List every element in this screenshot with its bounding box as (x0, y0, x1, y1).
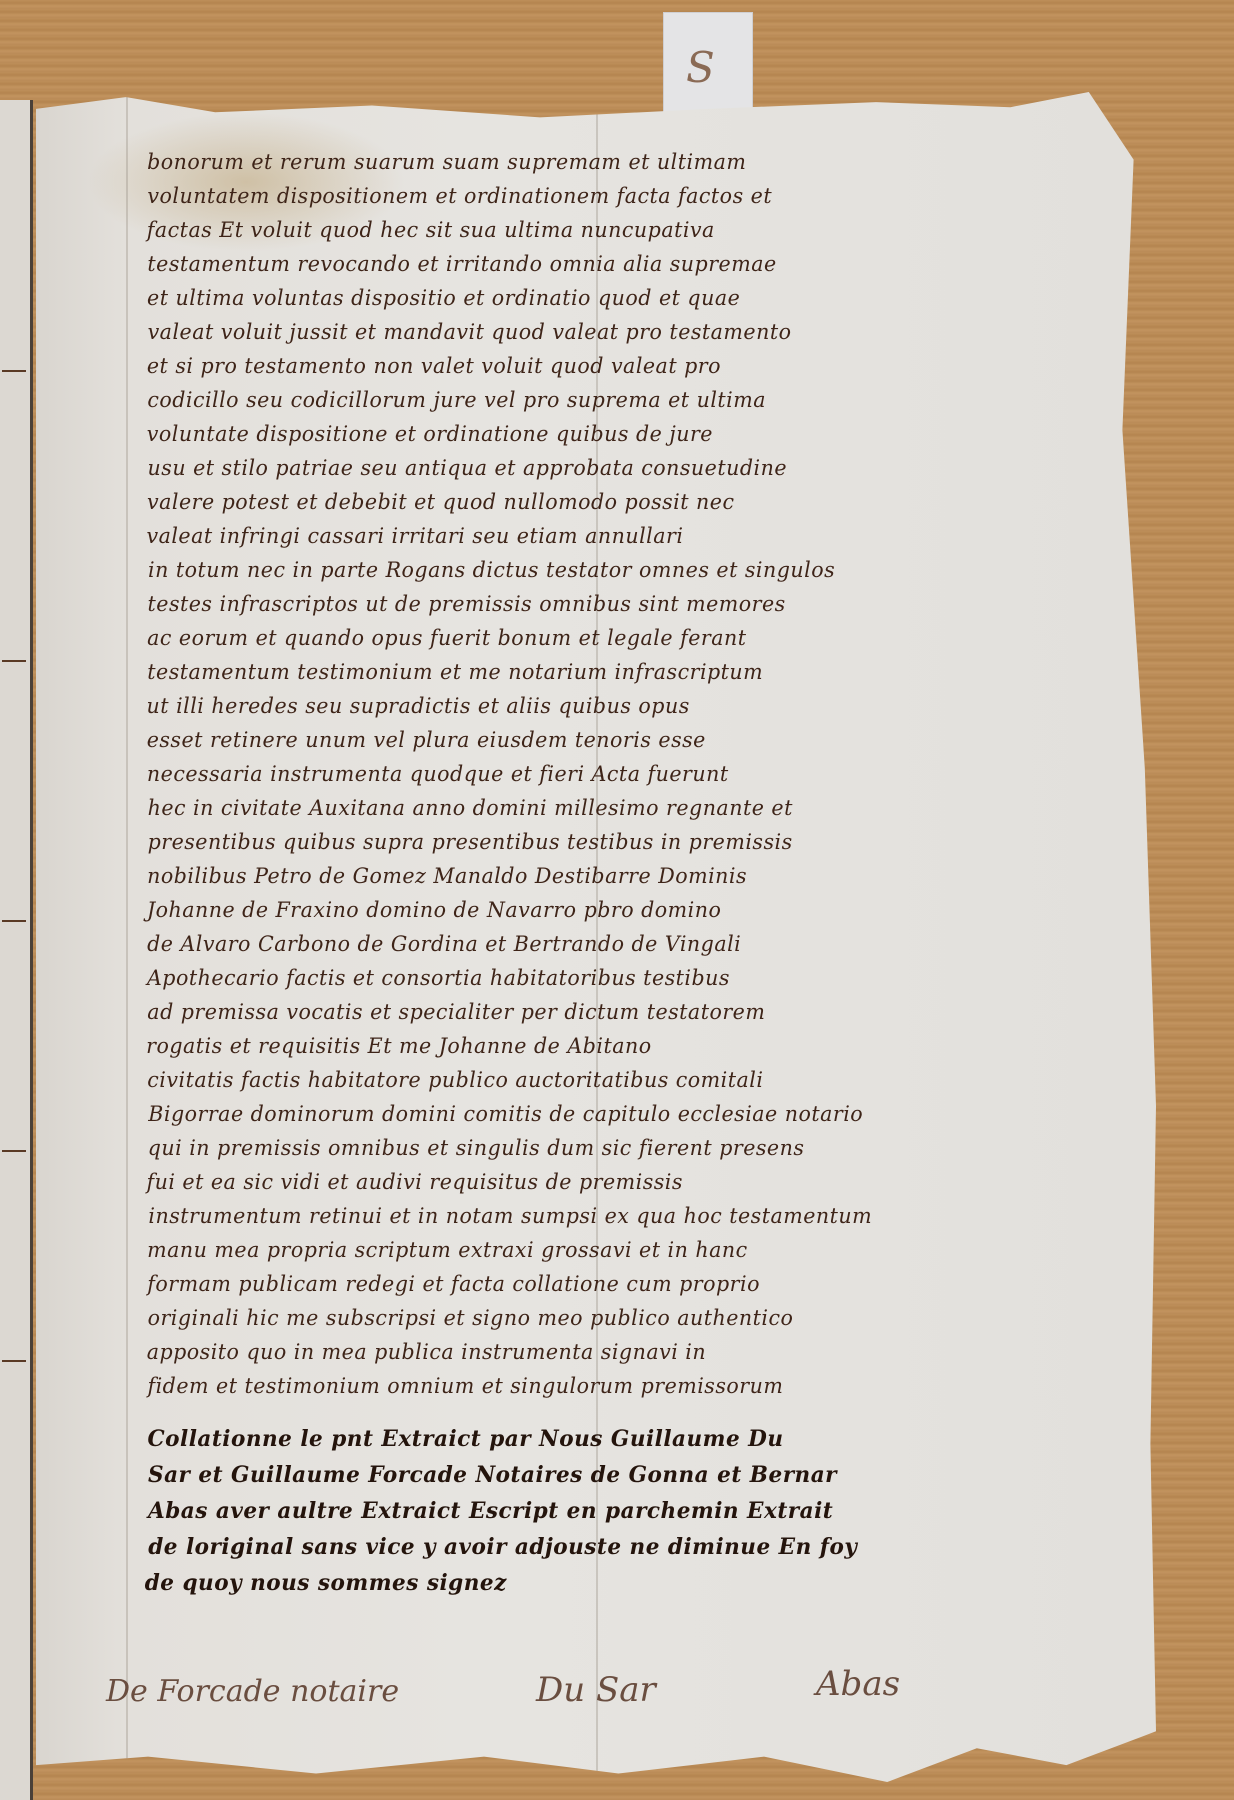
text-line: usu et stilo patriae seu antiqua et appr… (148, 456, 787, 480)
fold-line (126, 92, 128, 1782)
text-line: et ultima voluntas dispositio et ordinat… (147, 286, 740, 310)
text-line: ac eorum et quando opus fuerit bonum et … (147, 626, 746, 650)
text-line: originali hic me subscripsi et signo meo… (148, 1306, 794, 1330)
text-line: valeat voluit jussit et mandavit quod va… (148, 320, 792, 344)
text-line: valeat infringi cassari irritari seu eti… (146, 524, 683, 548)
text-line: instrumentum retinui et in notam sumpsi … (148, 1204, 872, 1228)
collation-line: Collationne le pnt Extraict par Nous Gui… (147, 1426, 783, 1452)
text-line: Johanne de Fraxino domino de Navarro pbr… (147, 898, 722, 922)
text-line: rogatis et requisitis Et me Johanne de A… (146, 1034, 651, 1058)
adjacent-page-edge (0, 100, 33, 1800)
text-line: in totum nec in parte Rogans dictus test… (148, 558, 835, 582)
text-line: formam publicam redegi et facta collatio… (147, 1272, 760, 1296)
text-line: ut illi heredes seu supradictis et aliis… (147, 694, 690, 718)
text-line: Apothecario factis et consortia habitato… (147, 966, 730, 990)
text-line: valere potest et debebit et quod nullomo… (147, 490, 734, 514)
text-line: necessaria instrumenta quodque et fieri … (147, 762, 729, 786)
text-line: qui in premissis omnibus et singulis dum… (148, 1136, 805, 1160)
collation-line: Sar et Guillaume Forcade Notaires de Gon… (148, 1462, 837, 1488)
text-line: manu mea propria scriptum extraxi grossa… (147, 1238, 747, 1262)
text-line: fidem et testimonium omnium et singuloru… (147, 1374, 783, 1398)
collation-line: de loriginal sans vice y avoir adjouste … (148, 1534, 857, 1560)
signature-abas: Abas (816, 1664, 900, 1704)
text-line: apposito quo in mea publica instrumenta … (147, 1340, 706, 1364)
text-line: de Alvaro Carbono de Gordina et Bertrand… (147, 932, 741, 956)
text-line: hec in civitate Auxitana anno domini mil… (148, 796, 793, 820)
signature-du-sar: Du Sar (536, 1670, 656, 1710)
text-line: codicillo seu codicillorum jure vel pro … (147, 388, 766, 412)
text-line: testamentum revocando et irritando omnia… (147, 252, 776, 276)
text-line: esset retinere unum vel plura eiusdem te… (147, 728, 706, 752)
text-line: factas Et voluit quod hec sit sua ultima… (147, 218, 715, 242)
text-line: et si pro testamento non valet voluit qu… (147, 354, 721, 378)
collation-line: de quoy nous sommes signez (145, 1570, 507, 1596)
paper-tab-label: S (663, 12, 753, 114)
text-line: testamentum testimonium et me notarium i… (147, 660, 763, 684)
text-line: Bigorrae dominorum domini comitis de cap… (148, 1102, 863, 1126)
collation-line: Abas aver aultre Extraict Escript en par… (148, 1498, 833, 1524)
text-line: bonorum et rerum suarum suam supremam et… (147, 150, 746, 174)
text-line: civitatis factis habitatore publico auct… (147, 1068, 763, 1092)
manuscript-sheet: bonorum et rerum suarum suam supremam et… (36, 92, 1156, 1782)
text-line: testes infrascriptos ut de premissis omn… (148, 592, 786, 616)
text-line: voluntate dispositione et ordinatione qu… (147, 422, 713, 446)
text-line: voluntatem dispositionem et ordinationem… (147, 184, 772, 208)
text-line: ad premissa vocatis et specialiter per d… (147, 1000, 765, 1024)
text-line: nobilibus Petro de Gomez Manaldo Destiba… (147, 864, 747, 888)
tab-mark: S (686, 43, 715, 92)
text-line: fui et ea sic vidi et audivi requisitus … (146, 1170, 682, 1194)
signature-forcade: De Forcade notaire (106, 1674, 399, 1709)
text-line: presentibus quibus supra presentibus tes… (148, 830, 793, 854)
